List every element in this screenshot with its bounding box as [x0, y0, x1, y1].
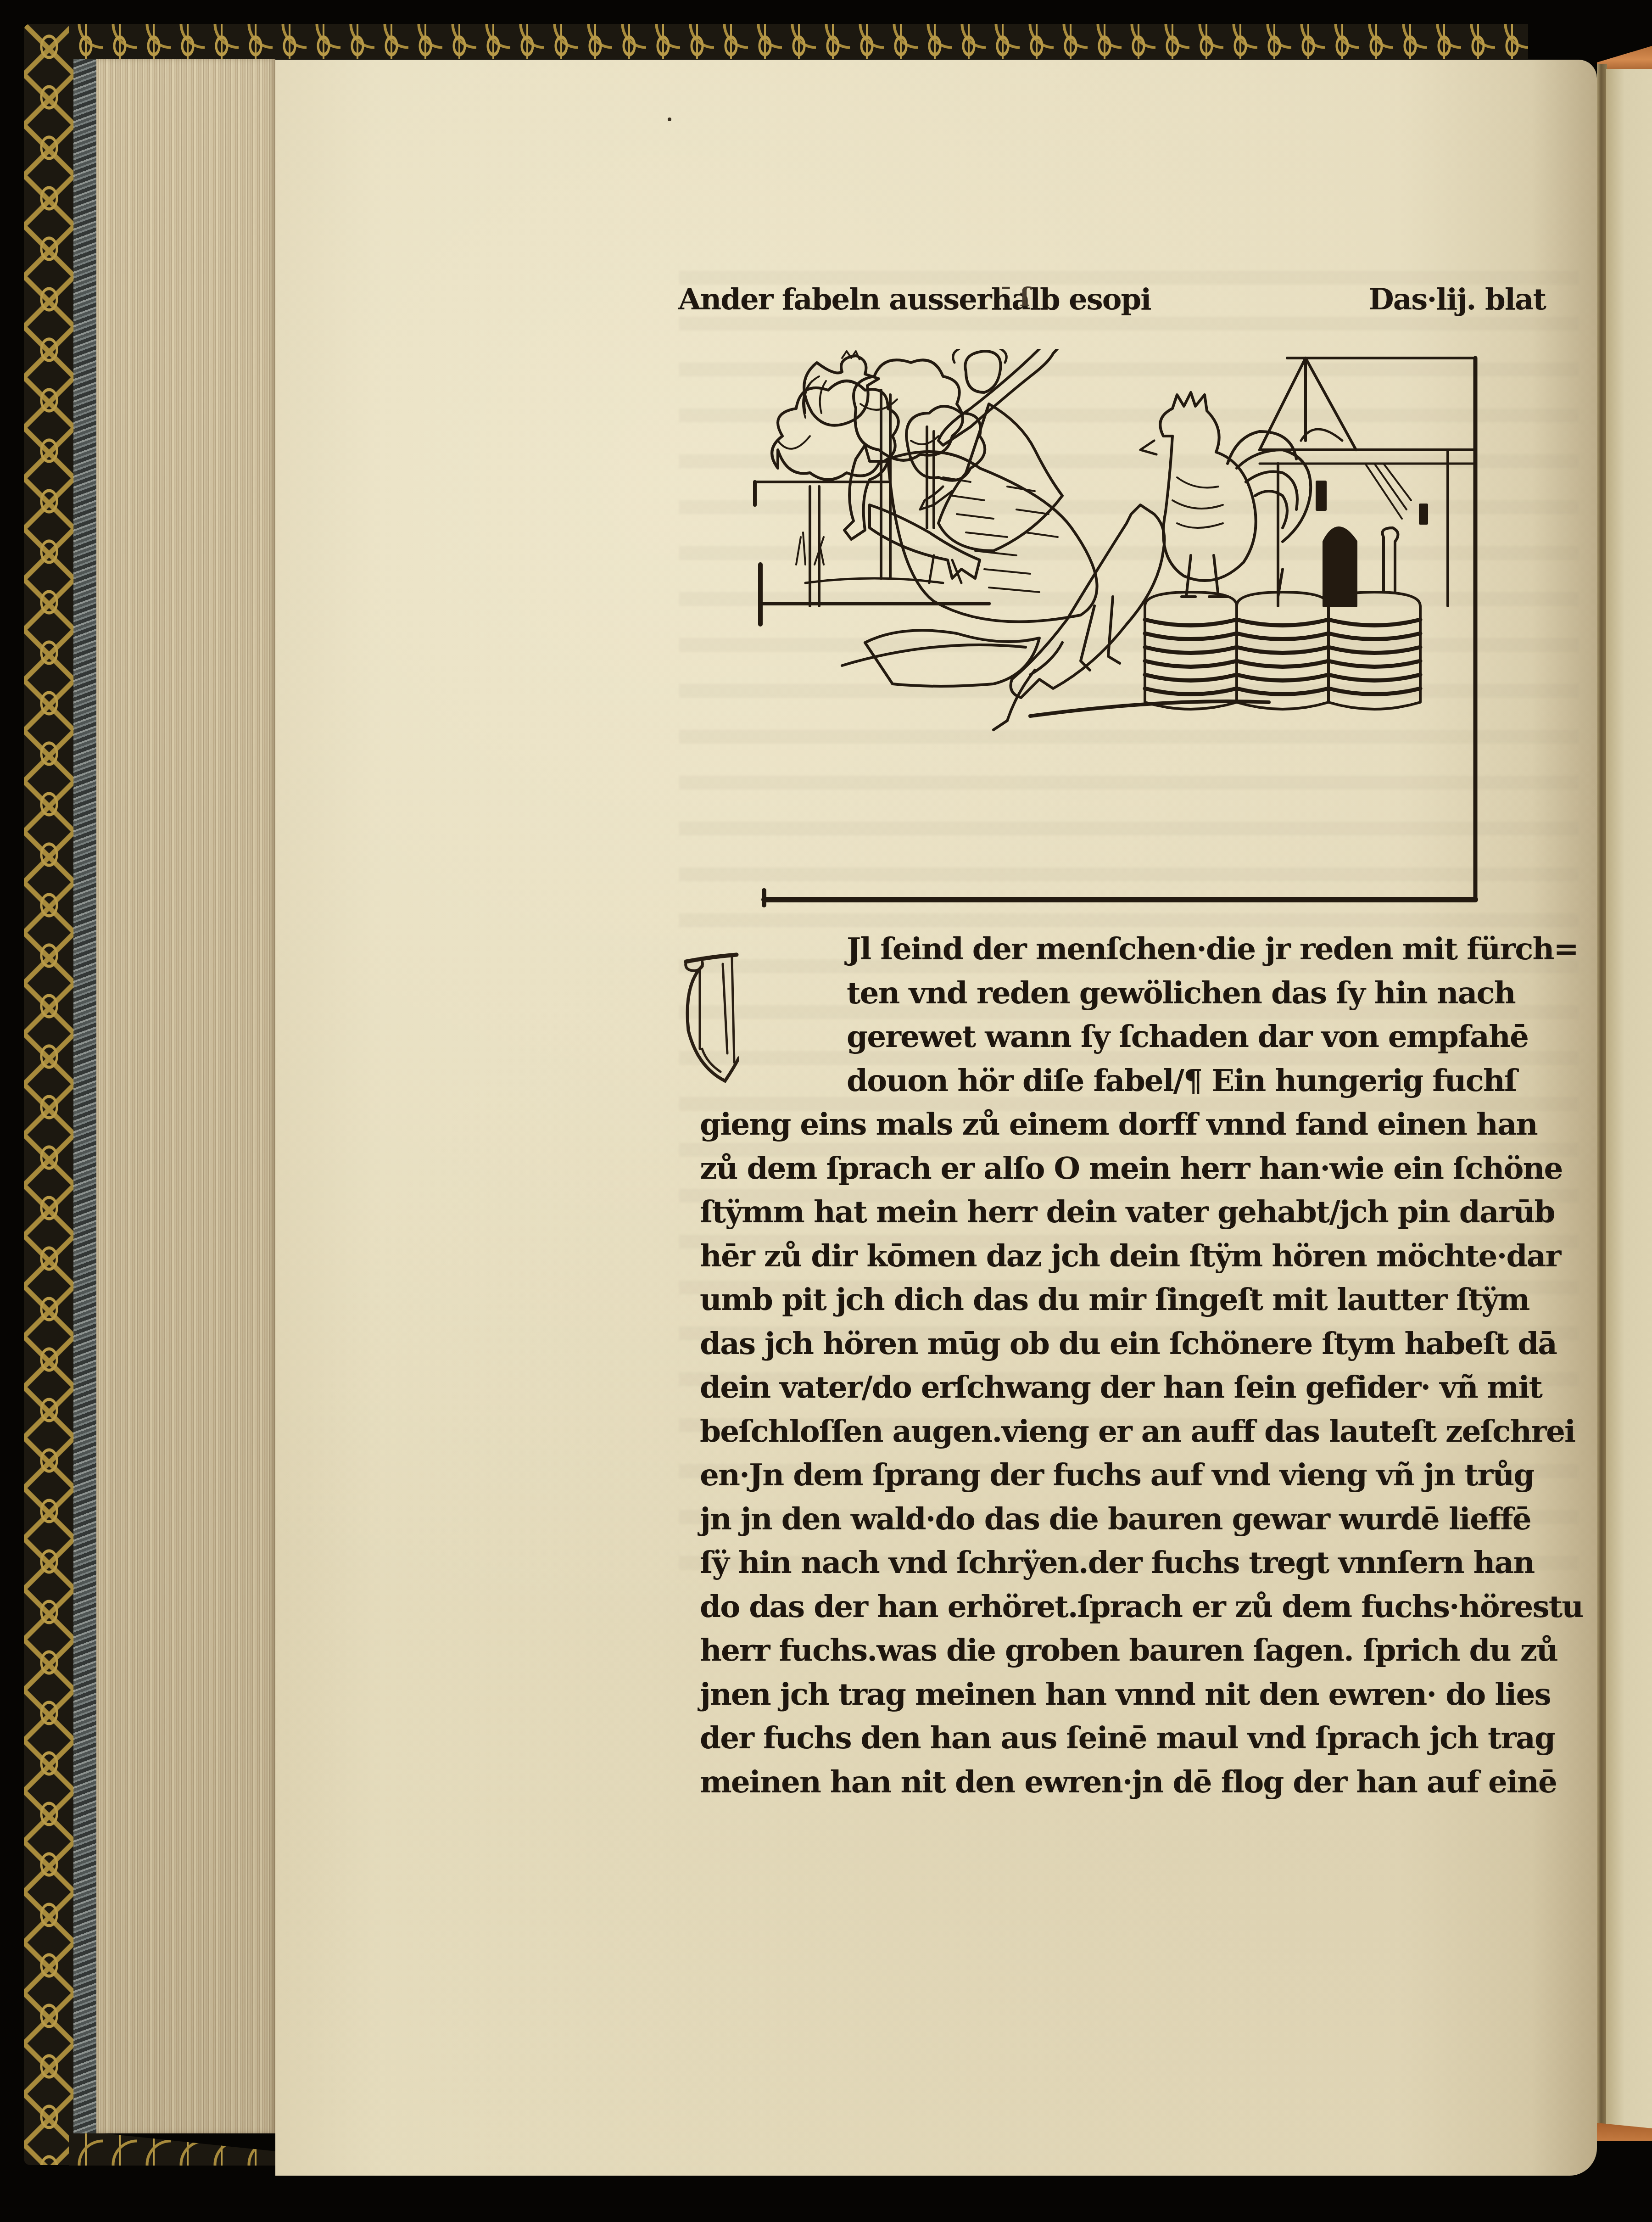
text-line: ſtÿmm hat mein herr dein vater gehabt/jc… [700, 1190, 1572, 1234]
gilt-tooled-cover-edge-top [69, 24, 1528, 59]
text-line: herr fuchs.was die groben bauren ſagen. … [700, 1629, 1572, 1673]
facing-leaf-edge [1606, 69, 1652, 2134]
text-line: der fuchs den han aus ſeinē maul vnd ſpr… [700, 1716, 1572, 1760]
rooster-on-baskets-icon [1140, 392, 1311, 597]
text-line: meinen han nit den ewren·jn dē flog der … [700, 1760, 1572, 1804]
marginal-mark: ˉ ſ [999, 282, 1030, 313]
gutter-shadow [1597, 64, 1607, 2139]
text-line: jn jn den wald·do das die bauren gewar w… [700, 1497, 1572, 1541]
text-line: umb pit jch dich das du mir ſingeſt mit … [700, 1278, 1572, 1322]
text-line: do das der han erhöret.ſprach er zů dem … [700, 1585, 1572, 1629]
hill-icon [888, 452, 1097, 622]
folio-number: Das·lij. blat [1368, 282, 1546, 317]
gilt-tooled-cover-edge-left [24, 24, 77, 2165]
text-line: ſÿ hin nach vnd ſchrÿen.der fuchs tregt … [700, 1541, 1572, 1585]
text-line: en·Jn dem ſprang der fuchs auf vnd vieng… [700, 1453, 1572, 1497]
text-line: gerewet wann ſy ſchaden dar von empfahē [700, 1015, 1572, 1059]
woven-baskets-icon [1145, 528, 1420, 709]
page-fore-edge-stack [96, 59, 275, 2133]
text-line: ten vnd reden gewölichen das ſy hin nach [700, 971, 1572, 1015]
text-line: beſchloſſen augen.vieng er an auff das l… [700, 1410, 1572, 1454]
body-text: Jl ſeind der menſchen·die jr reden mit f… [700, 927, 1572, 1804]
text-line: dein vater/do erſchwang der han ſein gef… [700, 1366, 1572, 1410]
text-line: hēr zů dir kōmen daz jch dein ſtÿm hören… [700, 1234, 1572, 1278]
text-line: douon hör diſe fabel/¶ Ein hungerig fuch… [700, 1059, 1572, 1103]
peasant-with-club-icon [920, 349, 1062, 551]
running-head: Ander fabeln ausserhalb esopi ˉ ſ Das·li… [678, 282, 1546, 324]
marbled-endpaper [73, 59, 96, 2133]
text-line: Jl ſeind der menſchen·die jr reden mit f… [700, 927, 1572, 971]
ink-speck [668, 118, 671, 121]
text-line: gieng eins mals zů einem dorff vnnd fand… [700, 1103, 1572, 1147]
text-line: das jch hören mūg ob du ein ſchönere ſty… [700, 1322, 1572, 1366]
woodcut-illustration [750, 349, 1512, 913]
running-head-title: Ander fabeln ausserhalb esopi [678, 282, 1151, 317]
text-line: zů dem ſprach er alſo O mein herr han·wi… [700, 1147, 1572, 1191]
text-line: jnen jch trag meinen han vnnd nit den ew… [700, 1673, 1572, 1717]
